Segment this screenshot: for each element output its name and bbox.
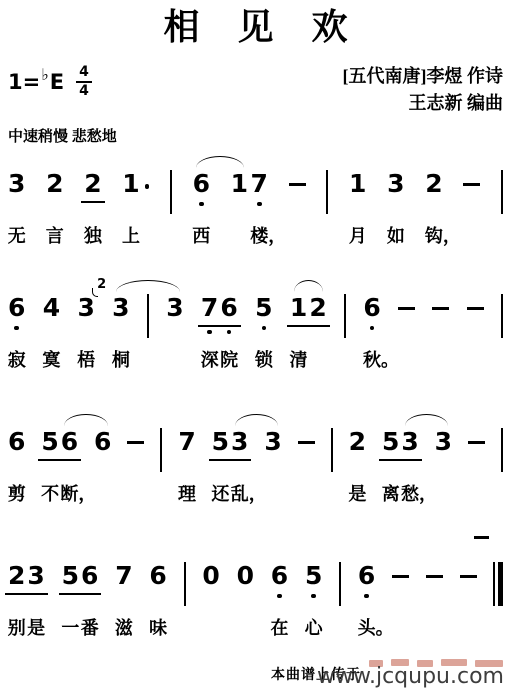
note: 3 [401,428,434,461]
note-digit: 6 [363,294,380,323]
note-column: 3 [27,562,44,595]
note-column: 5 [305,562,322,598]
note-digit: 3 [24,562,47,595]
note-column: 7 [178,428,195,457]
lyrics-row: 无言独上西楼，月如钩， [8,222,503,248]
lyric-syllable: 月 [349,222,367,248]
note: 6 [363,294,398,330]
note-column: 6 [81,562,98,595]
note: 5 [305,562,339,598]
duration-dash [467,294,501,310]
note: 7 [251,170,289,206]
note-column: 1 [122,170,139,199]
note-column: 3 [264,428,281,457]
dash-glyph [468,441,485,444]
duration-dash [127,428,160,444]
note-column: 32 [112,294,129,323]
note: 1 [122,170,170,199]
lyric-syllable: 一 [61,614,79,640]
barline [501,428,503,472]
dash-glyph [127,441,144,444]
duration-dash [392,562,426,578]
note: 3 [8,170,46,199]
score-body: 3221617132无言独上西楼，月如钩，643323765126寂寞梧桐深院锁… [0,152,511,640]
lyric-syllable: 乱， [231,480,267,506]
continuation-dash [474,536,489,539]
lyric-syllable: 断， [60,480,96,506]
lyric-syllable: 清 [290,346,308,372]
note-column: 6 [8,294,25,330]
note: 3 [27,562,61,595]
rest-digit: 0 [237,562,254,591]
slur [116,280,180,292]
lyric-syllable: 无 [8,222,26,248]
note: 2 [349,428,382,457]
note-digit: 3 [77,294,94,323]
note-column: 6 [94,428,111,457]
note-digit: 7 [178,428,195,457]
lyric-syllable: 桐 [112,346,130,372]
note-digit: 6 [358,562,375,591]
note-column: 6 [149,562,166,591]
barline-glyph [170,170,172,214]
note: 6 [193,170,231,206]
lyric-syllable: 梧 [77,346,95,372]
note-digit: 1 [349,170,366,199]
dash-glyph [463,183,480,186]
note-digit: 6 [8,294,25,323]
note-column: 0 [202,562,219,591]
note: 3 [231,428,264,461]
note-column: 2 [8,562,25,595]
dash-glyph [298,441,315,444]
score-line-4: 23567600656别是一番滋味在心头。 [8,544,503,640]
note-column: 1 [290,294,307,327]
note: 6 [8,428,41,457]
note-column: 3 [401,428,418,461]
barline [160,428,178,472]
note: 2 [46,170,84,199]
note-digit: 1 [122,170,139,199]
note-digit: 6 [8,428,25,457]
note: 3 [166,294,201,323]
barline-glyph [344,294,346,338]
note-column: 3 [435,428,452,457]
note-column: 6 [271,562,288,598]
duration-dash [298,428,331,444]
note: 4 [43,294,78,323]
watermark: 本曲谱上传于 www.jcqupu.com [271,656,507,692]
time-signature: 4 4 [76,65,92,98]
note-column: 3 [77,294,94,323]
lyric-syllable: 西 [192,222,210,248]
note-column: 7 [115,562,132,591]
lyric-syllable: 秋。 [363,346,399,372]
note: 3 [77,294,112,323]
barline [339,562,358,606]
note-digit: 6 [271,562,288,591]
low-octave-dot [277,594,282,599]
final-barline [493,562,503,606]
barline [501,170,503,214]
note: 7 [115,562,149,591]
slur [196,156,244,168]
barline [344,294,363,338]
low-octave-dot [207,330,212,335]
note-column: 3 [166,294,183,323]
duration-dash [468,428,501,444]
note: 1 [231,170,251,199]
barline-glyph [501,428,503,472]
augmentation-dot [145,184,150,189]
note-digit: 6 [78,562,101,595]
low-octave-dot [311,594,316,599]
note-column: 2 [46,170,63,199]
note-digit: 3 [228,428,251,461]
rest-digit: 0 [202,562,219,591]
duration-dash [289,170,327,186]
note-column: 5 [62,562,79,595]
note-column: 0 [237,562,254,591]
dash-glyph [467,307,484,310]
lyric-syllable: 是 [348,480,366,506]
note: 2 [309,294,344,327]
note: 6 [358,562,392,598]
note-digit: 1 [231,170,248,199]
end-barline-glyph [493,562,503,606]
note-column: 2 [309,294,326,327]
notes-row: 643323765126 [8,276,503,338]
note-digit: 2 [425,170,442,199]
low-octave-dot [227,330,232,335]
note-column: 7 [251,170,268,206]
note-column: 6 [220,294,237,334]
lyric-syllable: 剪 [8,480,26,506]
lyric-syllable: 别 [8,614,26,640]
note-digit: 2 [81,170,104,203]
rest-note: 0 [237,562,271,591]
slur [235,414,278,426]
composer-credit: 王志新 编曲 [343,90,504,117]
credits: [五代南唐]李煜 作诗 王志新 编曲 [343,63,504,117]
note-column: 5 [382,428,399,461]
duration-dash [426,562,460,578]
note: 7 [178,428,211,457]
lyric-syllable: 楼， [250,222,286,248]
note-digit: 5 [305,562,322,591]
note: 6 [149,562,183,591]
note: 3 [264,428,297,457]
score-line-3: 656675332533剪不断，理还乱，是离愁， [8,410,503,506]
slur [64,414,107,426]
note: 6 [94,428,127,457]
lyric-syllable: 独 [84,222,102,248]
note: 2 [84,170,122,203]
lyrics-row: 别是一番滋味在心头。 [8,614,503,640]
watermark-site-url: www.jcqupu.com [317,664,504,689]
lyric-syllable: 寞 [42,346,60,372]
note-digit: 4 [43,294,60,323]
lyric-syllable: 锁 [255,346,273,372]
slur [294,280,323,292]
meter-numerator: 4 [76,65,92,83]
lyric-syllable: 言 [46,222,64,248]
song-title: 相见欢 [0,6,511,49]
note-column: 1 [349,170,366,199]
note: 2 [425,170,463,199]
note-column: 2 [349,428,366,457]
tempo-marking: 中速稍慢 悲愁地 [8,125,511,146]
lyric-syllable: 番 [81,614,99,640]
barline-glyph [501,170,503,214]
dash-glyph [289,183,306,186]
barline [147,294,166,338]
note-column: 3 [387,170,404,199]
note-column: 6 [358,562,375,598]
note-column: 6 [8,428,25,457]
barline [331,428,349,472]
note-column: 2 [84,170,101,203]
note-digit: 2 [349,428,366,457]
lyric-syllable: 离 [382,480,400,506]
key-tonic: 1 [8,70,23,94]
note-column: 7 [201,294,218,334]
note-digit: 6 [217,294,240,327]
note-column: 6 [61,428,78,461]
grace-note: 2 [97,278,106,291]
lyric-syllable: 滋 [115,614,133,640]
dash-glyph [426,575,443,578]
dash-glyph [392,575,409,578]
note-digit: 3 [8,170,25,199]
low-octave-dot [14,326,19,331]
lyrics-row: 剪不断，理还乱，是离愁， [8,480,503,506]
lyric-syllable: 院 [220,346,238,372]
low-octave-dot [370,326,375,331]
note-digit: 7 [115,562,132,591]
notes-row: 3221617132 [8,152,503,214]
note-column: 4 [43,294,60,323]
lyric-syllable: 钩， [425,222,461,248]
barline-glyph [339,562,341,606]
note-column: 3 [8,170,25,199]
note-column: 5 [255,294,272,330]
note: 6 [271,562,305,598]
note-digit: 6 [94,428,111,457]
flat-icon: ♭ [41,65,49,85]
meta-row: 1 = ♭ E 4 4 [五代南唐]李煜 作诗 王志新 编曲 [0,49,511,125]
duration-dash [432,294,466,310]
lyric-syllable: 不 [41,480,59,506]
note: 3 [435,428,468,457]
note: 5 [255,294,290,330]
poet-credit: [五代南唐]李煜 作诗 [343,63,504,90]
low-octave-dot [364,594,369,599]
note-digit: 2 [46,170,63,199]
note-column: 6 [193,170,210,206]
note-digit: 5 [255,294,272,323]
note-digit: 6 [193,170,210,199]
barline-glyph [184,562,186,606]
note-digit: 6 [58,428,81,461]
dash-glyph [398,307,415,310]
lyric-syllable: 深 [201,346,219,372]
note-digit: 6 [149,562,166,591]
note: 6 [220,294,255,334]
duration-dash [398,294,432,310]
note-digit: 3 [398,428,421,461]
key-equals: = [23,70,41,94]
note-column: 6 [363,294,380,330]
note-digit: 3 [387,170,404,199]
lyric-syllable: 理 [178,480,196,506]
key-signature: 1 = ♭ E 4 4 [8,65,92,98]
note: 6 [61,428,94,461]
lyric-syllable: 是 [27,614,45,640]
dash-glyph [432,307,449,310]
note-column: 5 [41,428,58,461]
note-column: 2 [425,170,442,199]
note-column: 5 [212,428,229,461]
low-octave-dot [199,202,204,207]
barline-glyph [147,294,149,338]
note-digit: 7 [251,170,268,199]
thin-bar [493,562,495,606]
lyric-syllable: 在 [270,614,288,640]
lyric-syllable: 还 [211,480,229,506]
note-column: 1 [231,170,248,199]
lyric-syllable: 愁， [401,480,437,506]
duration-dash [463,170,501,186]
note: 1 [349,170,387,199]
notes-row: 656675332533 [8,410,503,472]
rest-note: 0 [202,562,236,591]
note: 3 [387,170,425,199]
lyrics-row: 寂寞梧桐深院锁清秋。 [8,346,503,372]
lyric-syllable: 头。 [358,614,394,640]
barline-glyph [501,294,503,338]
key-letter: E [50,70,64,94]
note-column: 3 [231,428,248,461]
note: 6 [81,562,115,595]
sheet-music-page: 相见欢 1 = ♭ E 4 4 [五代南唐]李煜 作诗 王志新 编曲 中速稍慢 … [0,0,511,694]
note: 6 [8,294,43,330]
note-digit: 3 [166,294,183,323]
lyric-syllable: 心 [305,614,323,640]
meter-denominator: 4 [79,83,89,99]
duration-dash [460,562,494,578]
note-digit: 3 [264,428,281,457]
note: 32 [112,294,147,323]
note-digit: 2 [306,294,329,327]
barline-glyph [160,428,162,472]
lyric-syllable: 如 [387,222,405,248]
dash-glyph [460,575,477,578]
low-octave-dot [262,326,267,331]
barline-glyph [331,428,333,472]
score-line-1: 3221617132无言独上西楼，月如钩， [8,152,503,248]
score-line-2: 643323765126寂寞梧桐深院锁清秋。 [8,276,503,372]
lyric-syllable: 味 [149,614,167,640]
barline [184,562,203,606]
barline [170,170,193,214]
slur [405,414,448,426]
notes-row: 23567600656 [8,544,503,606]
lyric-syllable: 上 [122,222,140,248]
lyric-syllable: 寂 [8,346,26,372]
note-digit: 3 [112,294,129,323]
barline [501,294,503,338]
barline [326,170,349,214]
barline-glyph [326,170,328,214]
note-digit: 3 [435,428,452,457]
thick-bar [498,562,503,606]
low-octave-dot [257,202,262,207]
